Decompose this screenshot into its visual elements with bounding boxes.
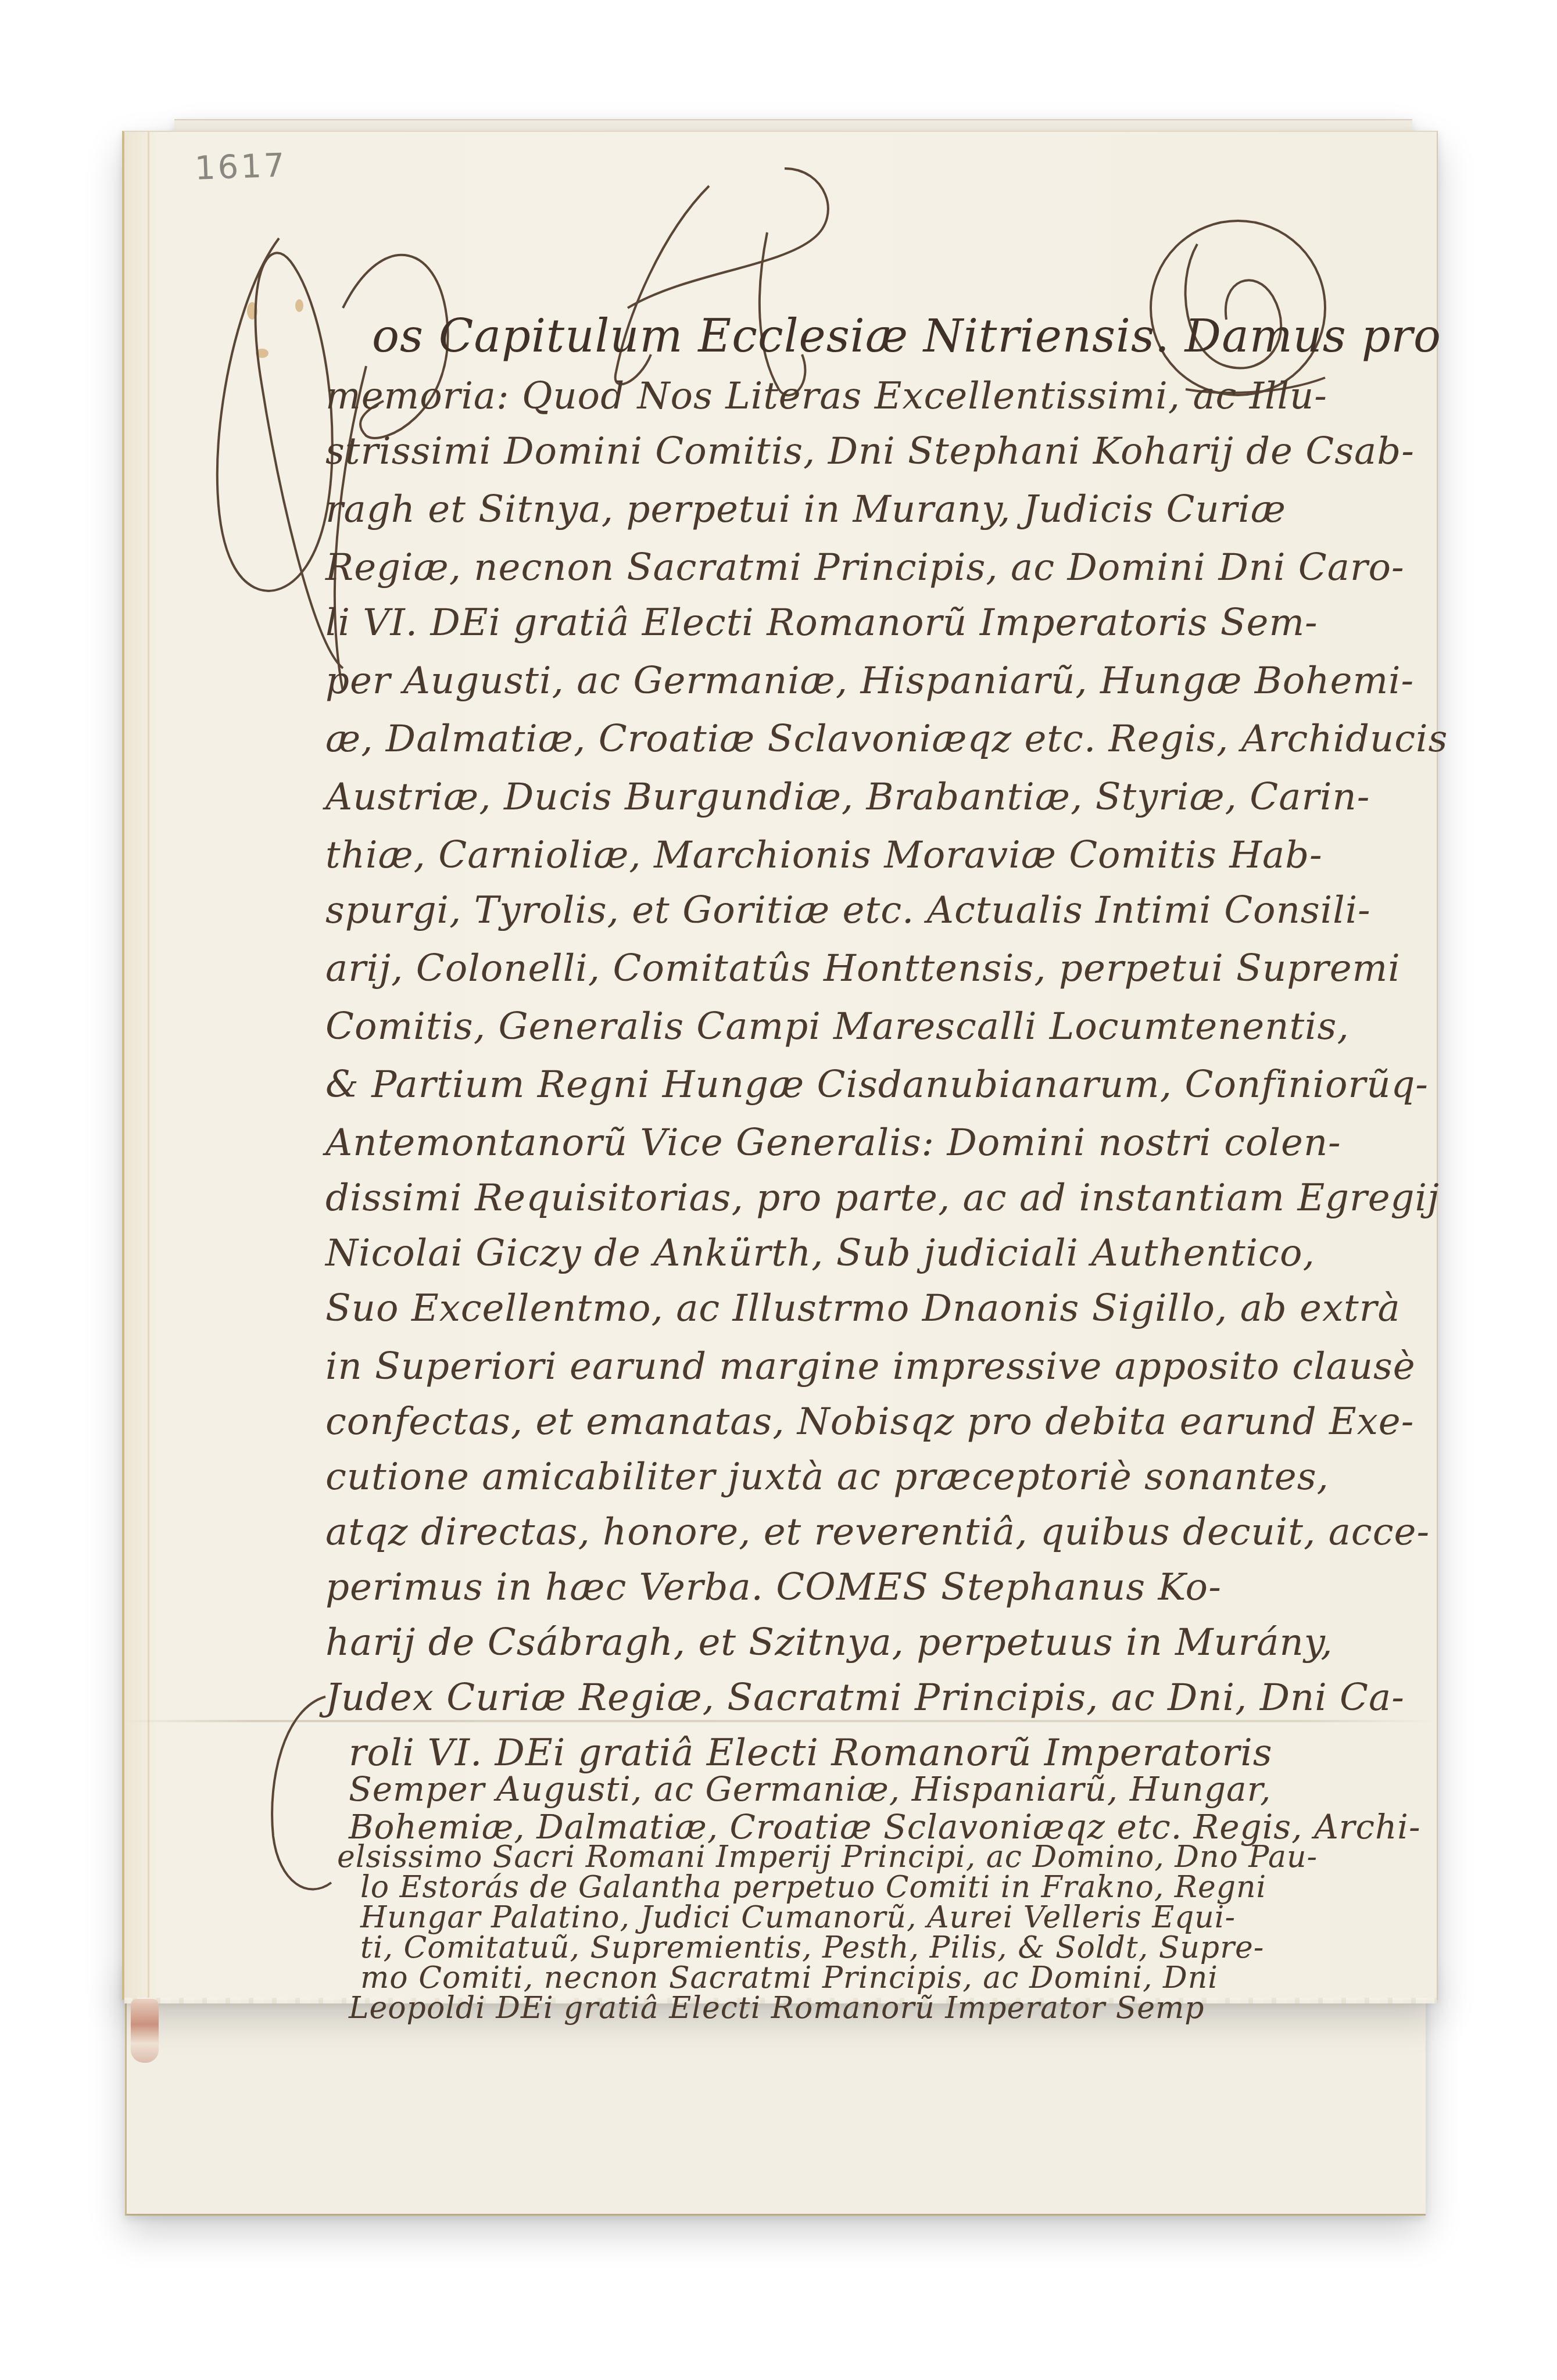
text-line: thiæ, Carnioliæ, Marchionis Moraviæ Comi… bbox=[325, 837, 1418, 874]
text-line: atqz directas, honore, et reverentiâ, qu… bbox=[325, 1514, 1418, 1551]
text-line: ti, Comitatuũ, Supremientis, Pesth, Pili… bbox=[360, 1933, 1453, 1963]
text-line: dissimi Requisitorias, pro parte, ac ad … bbox=[325, 1180, 1418, 1217]
text-line: lo Estorás de Galantha perpetuo Comiti i… bbox=[360, 1872, 1453, 1902]
text-line: mo Comiti, necnon Sacratmi Principis, ac… bbox=[360, 1963, 1453, 1993]
text-line: confectas, et emanatas, Nobisqz pro debi… bbox=[325, 1403, 1418, 1440]
text-line: spurgi, Tyrolis, et Goritiæ etc. Actuali… bbox=[325, 892, 1418, 929]
foxing-stain bbox=[295, 299, 303, 312]
text-line: Comitis, Generalis Campi Marescalli Locu… bbox=[325, 1008, 1418, 1045]
text-line: os Capitulum Ecclesiæ Nitriensis. Damus … bbox=[372, 314, 1465, 359]
text-line: Nicolai Giczy de Ankürth, Sub judiciali … bbox=[325, 1235, 1418, 1272]
text-line: Leopoldi DEi gratiâ Electi Romanorũ Impe… bbox=[349, 1993, 1441, 2023]
text-line: Regiæ, necnon Sacratmi Principis, ac Dom… bbox=[325, 549, 1418, 586]
paper-fold-line bbox=[122, 1720, 1434, 1722]
text-line: æ, Dalmatiæ, Croatiæ Sclavoniæqz etc. Re… bbox=[325, 721, 1418, 758]
text-line: Suo Excellentmo, ac Illustrmo Dnaonis Si… bbox=[325, 1290, 1418, 1327]
text-line: li VI. DEi gratiâ Electi Romanorũ Impera… bbox=[325, 604, 1418, 641]
foxing-stain bbox=[247, 302, 257, 320]
text-line: & Partium Regni Hungæ Cisdanubianarum, C… bbox=[325, 1066, 1418, 1103]
pencil-annotation: 1617 bbox=[194, 146, 288, 187]
text-line: Bohemiæ, Dalmatiæ, Croatiæ Sclavoniæqz e… bbox=[349, 1810, 1441, 1844]
text-line: in Superiori earund margine impressive a… bbox=[325, 1348, 1418, 1385]
text-line: elsissimo Sacri Romani Imperij Principi,… bbox=[337, 1842, 1430, 1872]
text-line: per Augusti, ac Germaniæ, Hispaniarũ, Hu… bbox=[325, 662, 1418, 700]
text-line: roli VI. DEi gratiâ Electi Romanorũ Impe… bbox=[349, 1734, 1441, 1772]
text-line: harij de Csábragh, et Szitnya, perpetuus… bbox=[325, 1624, 1418, 1661]
text-line: ragh et Sitnya, perpetui in Murany, Judi… bbox=[325, 491, 1418, 528]
text-line: perimus in hæc Verba. COMES Stephanus Ko… bbox=[325, 1569, 1418, 1606]
foxing-stain bbox=[256, 349, 269, 358]
binding-thread bbox=[131, 1999, 159, 2063]
text-line: Judex Curiæ Regiæ, Sacratmi Principis, a… bbox=[325, 1679, 1418, 1716]
text-line: arij, Colonelli, Comitatûs Honttensis, p… bbox=[325, 950, 1418, 987]
text-line: cutione amicabiliter juxtà ac præceptori… bbox=[325, 1458, 1418, 1496]
text-line: Austriæ, Ducis Burgundiæ, Brabantiæ, Sty… bbox=[325, 779, 1418, 816]
text-line: Semper Augusti, ac Germaniæ, Hispaniarũ,… bbox=[349, 1772, 1441, 1806]
text-line: memoria: Quod Nos Literas Excellentissim… bbox=[325, 378, 1418, 415]
text-line: strissimi Domini Comitis, Dni Stephani K… bbox=[325, 433, 1418, 470]
text-line: Antemontanorũ Vice Generalis: Domini nos… bbox=[325, 1124, 1418, 1162]
text-line: Hungar Palatino, Judici Cumanorũ, Aurei … bbox=[360, 1902, 1453, 1933]
